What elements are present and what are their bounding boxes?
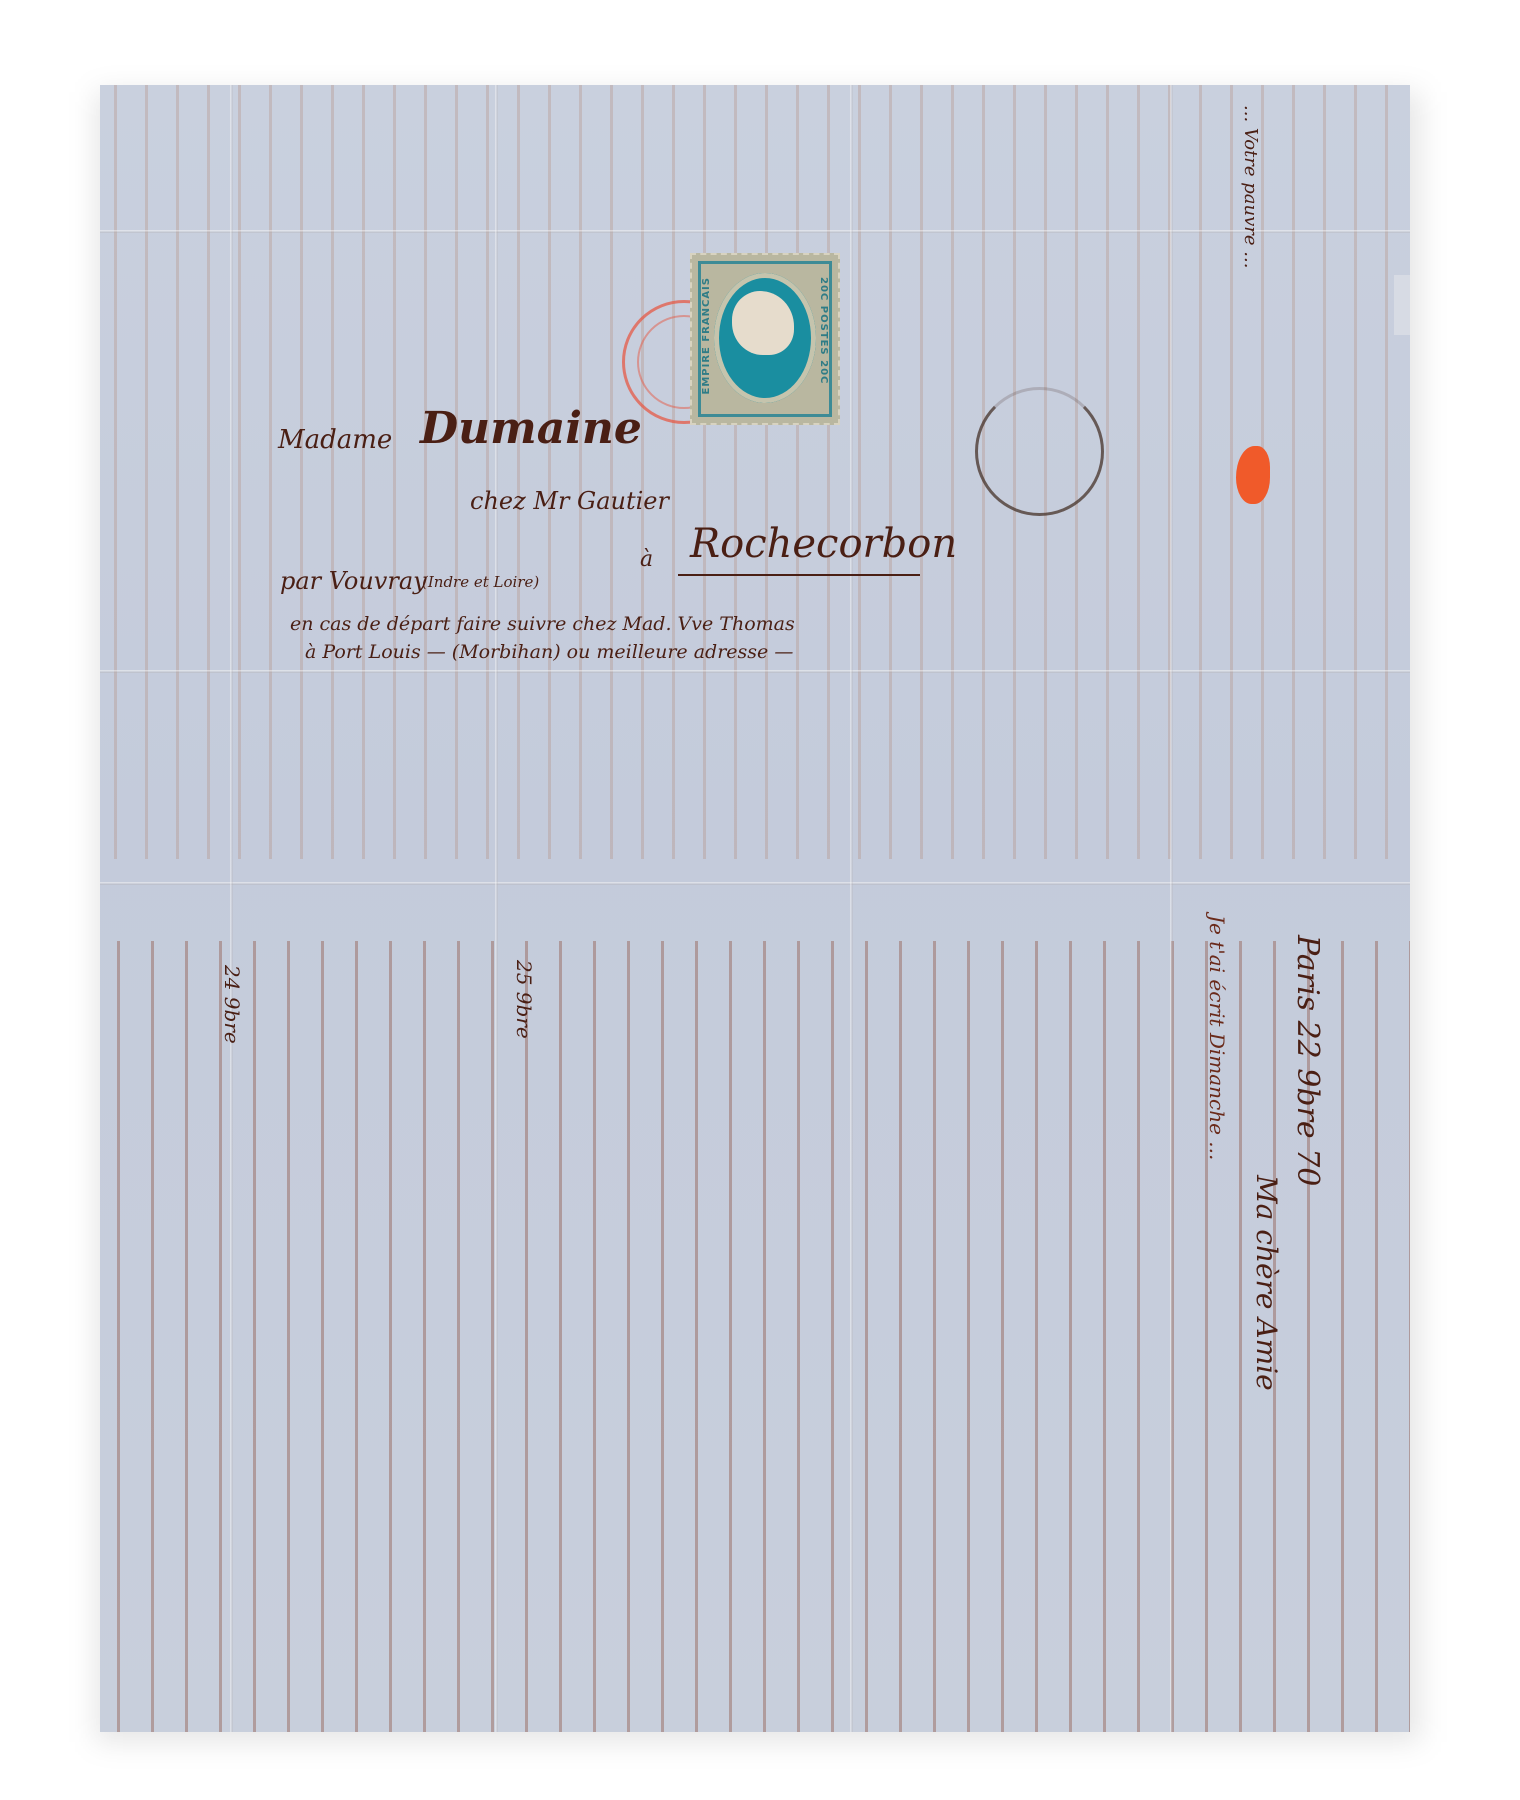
address-care-of: chez Mr Gautier bbox=[470, 487, 669, 515]
address-prefix: à bbox=[640, 547, 653, 572]
section-marker-25: 25 9bre bbox=[512, 960, 536, 1039]
address-name: Dumaine bbox=[420, 403, 642, 454]
paper-tear bbox=[1394, 275, 1410, 335]
stamp-right-text: 20C POSTES 20C bbox=[818, 277, 829, 384]
black-postmark bbox=[975, 387, 1104, 516]
fold-line bbox=[1170, 85, 1173, 1732]
letter-greeting: Ma chère Amie bbox=[1250, 1175, 1283, 1391]
fold-line bbox=[495, 85, 498, 1732]
fold-line bbox=[100, 230, 1410, 233]
letter-dateline: Paris 22 9bre 70 bbox=[1290, 935, 1325, 1186]
address-salutation: Madame bbox=[278, 425, 392, 455]
letter-opening-line: Je t'ai écrit Dimanche ... bbox=[1205, 915, 1229, 1160]
fold-line bbox=[100, 670, 1410, 673]
letter-sheet: Madame Dumaine chez Mr Gautier à Rocheco… bbox=[100, 85, 1410, 1732]
fold-line bbox=[230, 85, 233, 1732]
town-underline bbox=[678, 574, 920, 576]
forwarding-line-2: à Port Louis — (Morbihan) ou meilleure a… bbox=[305, 641, 793, 663]
address-town: Rochecorbon bbox=[690, 521, 957, 567]
section-marker-24: 24 9bre bbox=[220, 965, 244, 1044]
address-department: (Indre et Loire) bbox=[422, 573, 539, 591]
fold-line bbox=[100, 882, 1410, 885]
forwarding-line-1: en cas de départ faire suivre chez Mad. … bbox=[290, 613, 795, 635]
top-right-closing: ... Votre pauvre ... bbox=[1240, 105, 1261, 535]
stamp-left-text: EMPIRE FRANCAIS bbox=[701, 277, 712, 395]
fold-line bbox=[850, 85, 853, 1732]
address-via: par Vouvray bbox=[280, 567, 427, 595]
postage-stamp: EMPIRE FRANCAIS 20C POSTES 20C bbox=[690, 253, 840, 425]
show-through-writing bbox=[100, 85, 1410, 859]
